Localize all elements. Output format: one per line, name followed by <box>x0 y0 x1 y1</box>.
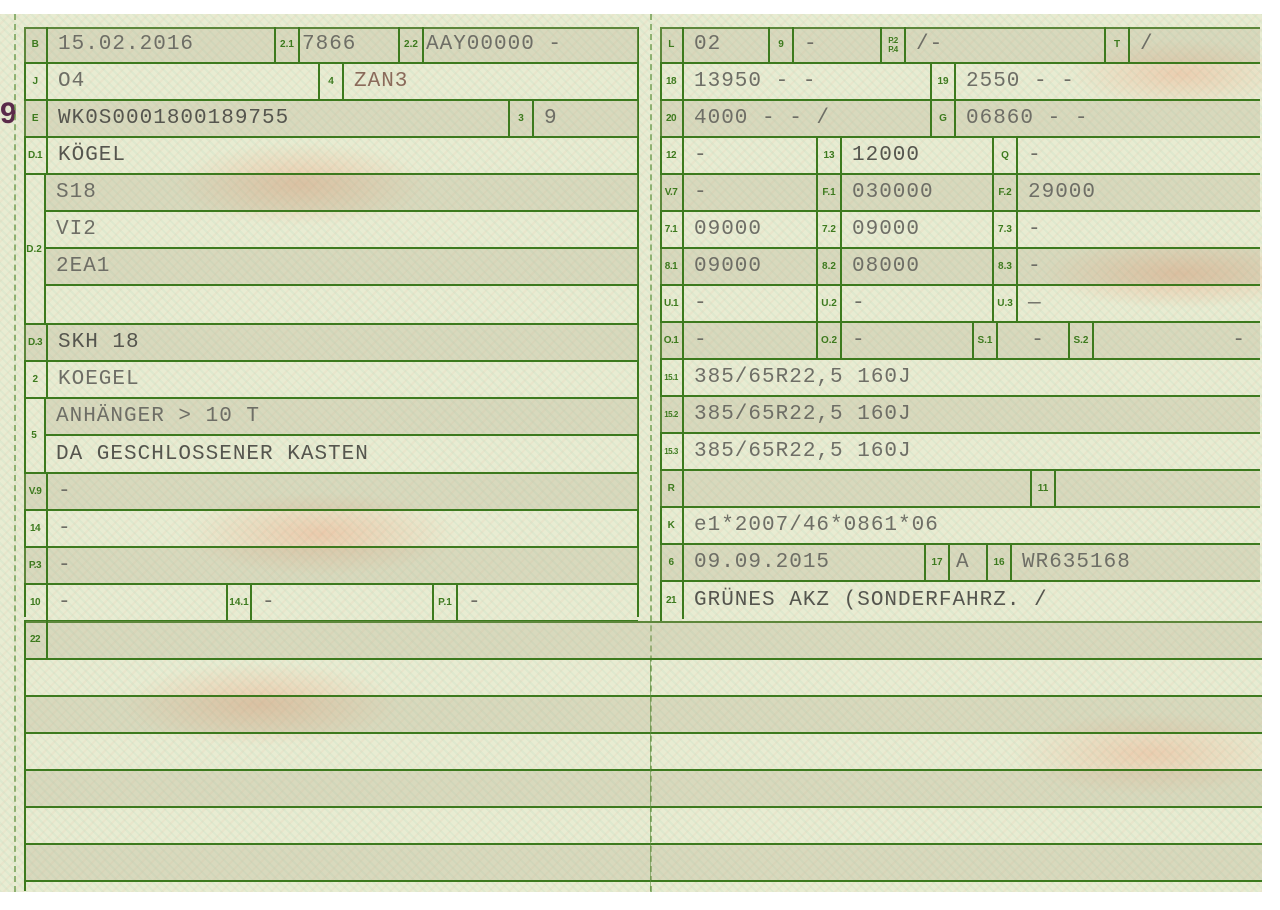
field-p1-displacement: - <box>458 585 482 620</box>
label-17: 17 <box>924 545 950 580</box>
remarks-line <box>24 734 1262 771</box>
label-14-1: 14.1 <box>226 585 252 620</box>
label-p3: P.3 <box>24 548 48 583</box>
label-7-3: 7.3 <box>992 212 1018 247</box>
field-row-d1: D.1 KÖGEL <box>24 138 638 175</box>
field-row-l: L 02 9 - P.2 P.4 /- T / <box>660 27 1260 64</box>
remarks-line <box>24 697 1262 734</box>
label-7-1: 7.1 <box>660 212 684 247</box>
field-row-8: 8.1 09000 8.2 08000 8.3 - <box>660 249 1260 286</box>
label-u3: U.3 <box>992 286 1018 321</box>
field-f2-permitted-mass: 29000 <box>1018 175 1096 210</box>
field-row-k: K e1*2007/46*0861*06 <box>660 508 1260 545</box>
field-row-e: E WK0S0001800189755 3 9 <box>24 101 638 138</box>
field-2-2-type-code: AAY00000 - <box>424 27 562 62</box>
field-t-max-speed: / <box>1130 27 1154 62</box>
field-2-manufacturer: KOEGEL <box>48 362 140 397</box>
label-q: Q <box>992 138 1018 173</box>
label-7-2: 7.2 <box>816 212 842 247</box>
field-d1-make: KÖGEL <box>48 138 126 173</box>
field-5-vehicle-class-text: ANHÄNGER > 10 T <box>46 399 260 434</box>
field-row-r: R 11 <box>660 471 1260 508</box>
field-row-14: 14 - <box>24 511 638 548</box>
label-o2: O.2 <box>816 323 842 358</box>
field-8-2-axle-load: 08000 <box>842 249 992 284</box>
field-k-type-approval: e1*2007/46*0861*06 <box>684 508 939 543</box>
field-u3-driving-noise: — <box>1018 286 1042 321</box>
field-o1-braked-towing: - <box>684 323 816 358</box>
field-s2-standing: - <box>1094 323 1260 358</box>
remarks-line <box>24 808 1262 845</box>
label-13: 13 <box>816 138 842 173</box>
field-2-1-manufacturer-code: 7866 <box>300 27 398 62</box>
field-8-3-axle-load: - <box>1018 249 1042 284</box>
remarks-line <box>24 660 1262 697</box>
field-15-1-tires-axle1: 385/65R22,5 160J <box>684 360 912 395</box>
field-18-length: 13950 - - <box>684 64 930 99</box>
field-5-body-text: DA GESCHLOSSENER KASTEN <box>46 436 369 472</box>
field-l-axles: 02 <box>684 27 768 62</box>
field-row-d3: D.3 SKH 18 <box>24 325 638 362</box>
field-g-empty-mass: 06860 - - <box>956 101 1088 136</box>
field-20-height: 4000 - - / <box>684 101 930 136</box>
label-8-3: 8.3 <box>992 249 1018 284</box>
field-row-12: 12 - 13 12000 Q - <box>660 138 1260 175</box>
field-v7-co2: - <box>684 175 816 210</box>
label-e: E <box>24 101 48 136</box>
label-p2-p4: P.2 P.4 <box>880 27 906 62</box>
label-d1: D.1 <box>24 138 48 173</box>
field-row-5-line1: ANHÄNGER > 10 T <box>46 399 638 436</box>
label-20: 20 <box>660 101 684 136</box>
field-7-2-axle-load: 09000 <box>842 212 992 247</box>
label-5: 5 <box>24 399 46 474</box>
label-10: 10 <box>24 585 48 620</box>
field-v9-emission-class: - <box>48 474 72 509</box>
field-15-3-tires-axle3: 385/65R22,5 160J <box>684 434 912 469</box>
field-11-color-code <box>1056 471 1066 506</box>
field-row-p3: P.3 - <box>24 548 638 585</box>
label-b: B <box>24 27 48 62</box>
label-11: 11 <box>1030 471 1056 506</box>
field-22-remarks <box>48 621 58 658</box>
label-8-1: 8.1 <box>660 249 684 284</box>
label-18: 18 <box>660 64 684 99</box>
label-k: K <box>660 508 684 543</box>
field-14-1-national-emission: - <box>252 585 432 620</box>
field-9-driven-axles: - <box>794 27 880 62</box>
field-row-2: 2 KOEGEL <box>24 362 638 399</box>
field-p2-p4-power-rpm: /- <box>906 27 1104 62</box>
field-12-tank-volume: - <box>684 138 816 173</box>
label-o1: O.1 <box>660 323 684 358</box>
label-15-1: 15.1 <box>660 360 684 395</box>
label-f1: F.1 <box>816 175 842 210</box>
field-row-j: J O4 4 ZAN3 <box>24 64 638 101</box>
field-7-1-axle-load: 09000 <box>684 212 816 247</box>
label-3: 3 <box>508 101 534 136</box>
field-p3-fuel: - <box>48 548 72 583</box>
field-21-remarks: GRÜNES AKZ (SONDERFAHRZ. / <box>684 582 1048 619</box>
field-19-width: 2550 - - <box>956 64 1075 99</box>
field-16-certificate-number: WR635168 <box>1012 545 1131 580</box>
field-d3-trade-name: SKH 18 <box>48 325 140 360</box>
field-e-vin: WK0S0001800189755 <box>48 101 508 136</box>
label-16: 16 <box>986 545 1012 580</box>
label-15-2: 15.2 <box>660 397 684 432</box>
field-7-3-axle-load: - <box>1018 212 1042 247</box>
label-19: 19 <box>930 64 956 99</box>
label-s2: S.2 <box>1068 323 1094 358</box>
label-6: 6 <box>660 545 684 580</box>
label-8-2: 8.2 <box>816 249 842 284</box>
field-r-color <box>684 471 1030 506</box>
label-9: 9 <box>768 27 794 62</box>
field-row-v9: V.9 - <box>24 474 638 511</box>
field-d2-variant: VI2 <box>46 212 97 247</box>
perforation-left <box>14 14 16 892</box>
label-2-2: 2.2 <box>398 27 424 62</box>
field-15-2-tires-axle2: 385/65R22,5 160J <box>684 397 912 432</box>
field-d2-type: S18 <box>46 175 97 210</box>
field-s1-seats: - <box>998 323 1068 358</box>
label-4: 4 <box>318 64 344 99</box>
label-f2: F.2 <box>992 175 1018 210</box>
label-p1: P.1 <box>432 585 458 620</box>
field-4-body-type: ZAN3 <box>344 64 408 99</box>
field-row-18: 18 13950 - - 19 2550 - - <box>660 64 1260 101</box>
field-d2-extra <box>46 286 56 323</box>
label-22: 22 <box>24 621 48 658</box>
field-row-7: 7.1 09000 7.2 09000 7.3 - <box>660 212 1260 249</box>
label-d2: D.2 <box>24 175 46 325</box>
field-8-1-axle-load: 09000 <box>684 249 816 284</box>
label-j: J <box>24 64 48 99</box>
label-u1: U.1 <box>660 286 684 321</box>
label-15-3: 15.3 <box>660 434 684 469</box>
label-12: 12 <box>660 138 684 173</box>
field-row-o: O.1 - O.2 - S.1 - S.2 - <box>660 323 1260 360</box>
remarks-line <box>24 845 1262 882</box>
label-2-1: 2.1 <box>274 27 300 62</box>
label-14: 14 <box>24 511 48 546</box>
field-row-b: B 15.02.2016 2.1 7866 2.2 AAY00000 - <box>24 27 638 64</box>
field-row-5-line2: DA GESCHLOSSENER KASTEN <box>46 436 638 474</box>
field-row-15-2: 15.2 385/65R22,5 160J <box>660 397 1260 434</box>
label-r: R <box>660 471 684 506</box>
label-d3: D.3 <box>24 325 48 360</box>
field-row-22: 22 <box>24 621 1262 660</box>
field-row-d2-line2: VI2 <box>46 212 638 249</box>
field-17-operating-permit: A <box>950 545 986 580</box>
label-p4: P.4 <box>888 45 897 54</box>
field-d2-version: 2EA1 <box>46 249 110 284</box>
label-l: L <box>660 27 684 62</box>
field-row-v7: V.7 - F.1 030000 F.2 29000 <box>660 175 1260 212</box>
label-p2: P.2 <box>888 36 897 45</box>
label-t: T <box>1104 27 1130 62</box>
label-g: G <box>930 101 956 136</box>
label-u2: U.2 <box>816 286 842 321</box>
field-o2-unbraked-towing: - <box>842 323 972 358</box>
label-v7: V.7 <box>660 175 684 210</box>
field-row-10: 10 - 14.1 - P.1 - <box>24 585 638 622</box>
field-row-15-1: 15.1 385/65R22,5 160J <box>660 360 1260 397</box>
field-u2-rpm: - <box>842 286 992 321</box>
field-row-6: 6 09.09.2015 17 A 16 WR635168 <box>660 545 1260 582</box>
field-14-emission-directive: - <box>48 511 72 546</box>
label-v9: V.9 <box>24 474 48 509</box>
field-q-power-weight: - <box>1018 138 1042 173</box>
field-row-20: 20 4000 - - / G 06860 - - <box>660 101 1260 138</box>
field-6-approval-date: 09.09.2015 <box>684 545 924 580</box>
field-f1-max-mass: 030000 <box>842 175 992 210</box>
field-row-u: U.1 - U.2 - U.3 — <box>660 286 1260 323</box>
field-3-check-digit: 9 <box>534 101 558 136</box>
label-21: 21 <box>660 582 684 619</box>
field-row-15-3: 15.3 385/65R22,5 160J <box>660 434 1260 471</box>
field-b-first-registration: 15.02.2016 <box>48 27 274 62</box>
field-10-emission-code: - <box>48 585 226 620</box>
field-13-support-load: 12000 <box>842 138 992 173</box>
field-row-d2-line3: 2EA1 <box>46 249 638 286</box>
field-row-21: 21 GRÜNES AKZ (SONDERFAHRZ. / <box>660 582 1260 619</box>
remarks-line <box>24 771 1262 808</box>
label-2: 2 <box>24 362 48 397</box>
field-j-vehicle-class: O4 <box>48 64 318 99</box>
field-row-d2-line1: S18 <box>46 175 638 212</box>
field-row-d2-line4 <box>46 286 638 325</box>
label-s1: S.1 <box>972 323 998 358</box>
field-u1-noise: - <box>684 286 816 321</box>
